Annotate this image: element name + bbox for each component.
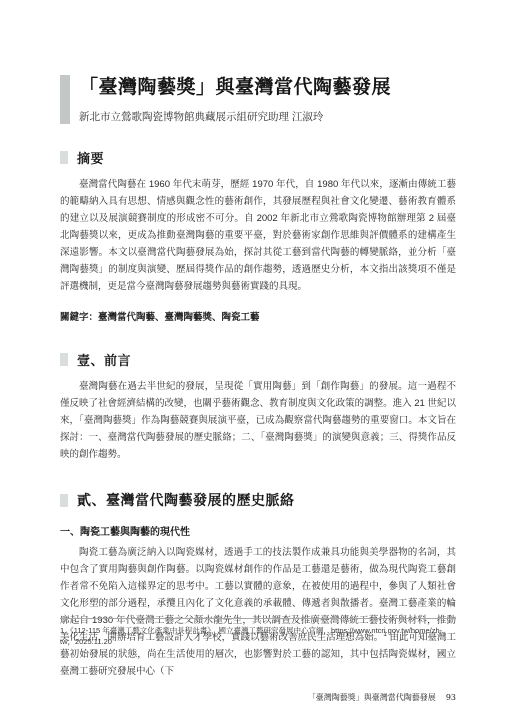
section2-paragraph: 陶瓷工藝為廣泛納入以陶瓷媒材，透過手工的技法製作成兼具功能與美學器物的名詞，其中… — [60, 544, 456, 680]
keywords-line: 關鍵字：臺灣當代陶藝、臺灣陶藝獎、陶瓷工藝 — [60, 309, 456, 323]
section-marker-icon — [60, 494, 68, 507]
page-footer: 「臺灣陶藝獎」與臺灣當代陶藝發展93 — [308, 692, 456, 703]
footnote-block: 1.《112-115 年臺灣工藝文化產業中長程計畫》，國立臺灣工藝研究發展中心官… — [60, 618, 456, 647]
author-affiliation: 新北市立鶯歌陶瓷博物館典藏展示組研究助理 江淑玲 — [79, 109, 391, 124]
section-marker-icon — [60, 353, 68, 366]
section2-subheading: 一、陶瓷工藝與陶藝的現代性 — [60, 523, 456, 538]
section1-heading-label: 壹、前言 — [77, 350, 131, 369]
title-accent-bar — [60, 75, 70, 124]
abstract-paragraph: 臺灣當代陶藝在 1960 年代末萌芽，歷經 1970 年代，自 1980 年代以… — [60, 176, 456, 295]
section1-heading: 壹、前言 — [60, 350, 456, 369]
title-block: 「臺灣陶藝獎」與臺灣當代陶藝發展 新北市立鶯歌陶瓷博物館典藏展示組研究助理 江淑… — [60, 75, 456, 124]
page-content: 「臺灣陶藝獎」與臺灣當代陶藝發展 新北市立鶯歌陶瓷博物館典藏展示組研究助理 江淑… — [60, 0, 456, 680]
abstract-heading: 摘要 — [60, 148, 456, 167]
section2-heading-label: 貳、臺灣當代陶藝發展的歷史脈絡 — [77, 490, 295, 510]
section1-paragraph: 臺灣陶藝在過去半世紀的發展，呈現從「實用陶藝」到「創作陶藝」的發展。這一過程不僅… — [60, 378, 456, 463]
page-number: 93 — [446, 693, 456, 702]
document-page: 「臺灣陶藝獎」與臺灣當代陶藝發展 新北市立鶯歌陶瓷博物館典藏展示組研究助理 江淑… — [0, 0, 512, 724]
page-title: 「臺灣陶藝獎」與臺灣當代陶藝發展 — [79, 75, 391, 100]
footer-running-title: 「臺灣陶藝獎」與臺灣當代陶藝發展 — [308, 693, 436, 702]
section2-heading: 貳、臺灣當代陶藝發展的歷史脈絡 — [60, 490, 456, 510]
section-marker-icon — [60, 151, 68, 164]
footnote-text: 1.《112-115 年臺灣工藝文化產業中長程計畫》，國立臺灣工藝研究發展中心官… — [60, 625, 456, 647]
abstract-heading-label: 摘要 — [77, 148, 104, 167]
